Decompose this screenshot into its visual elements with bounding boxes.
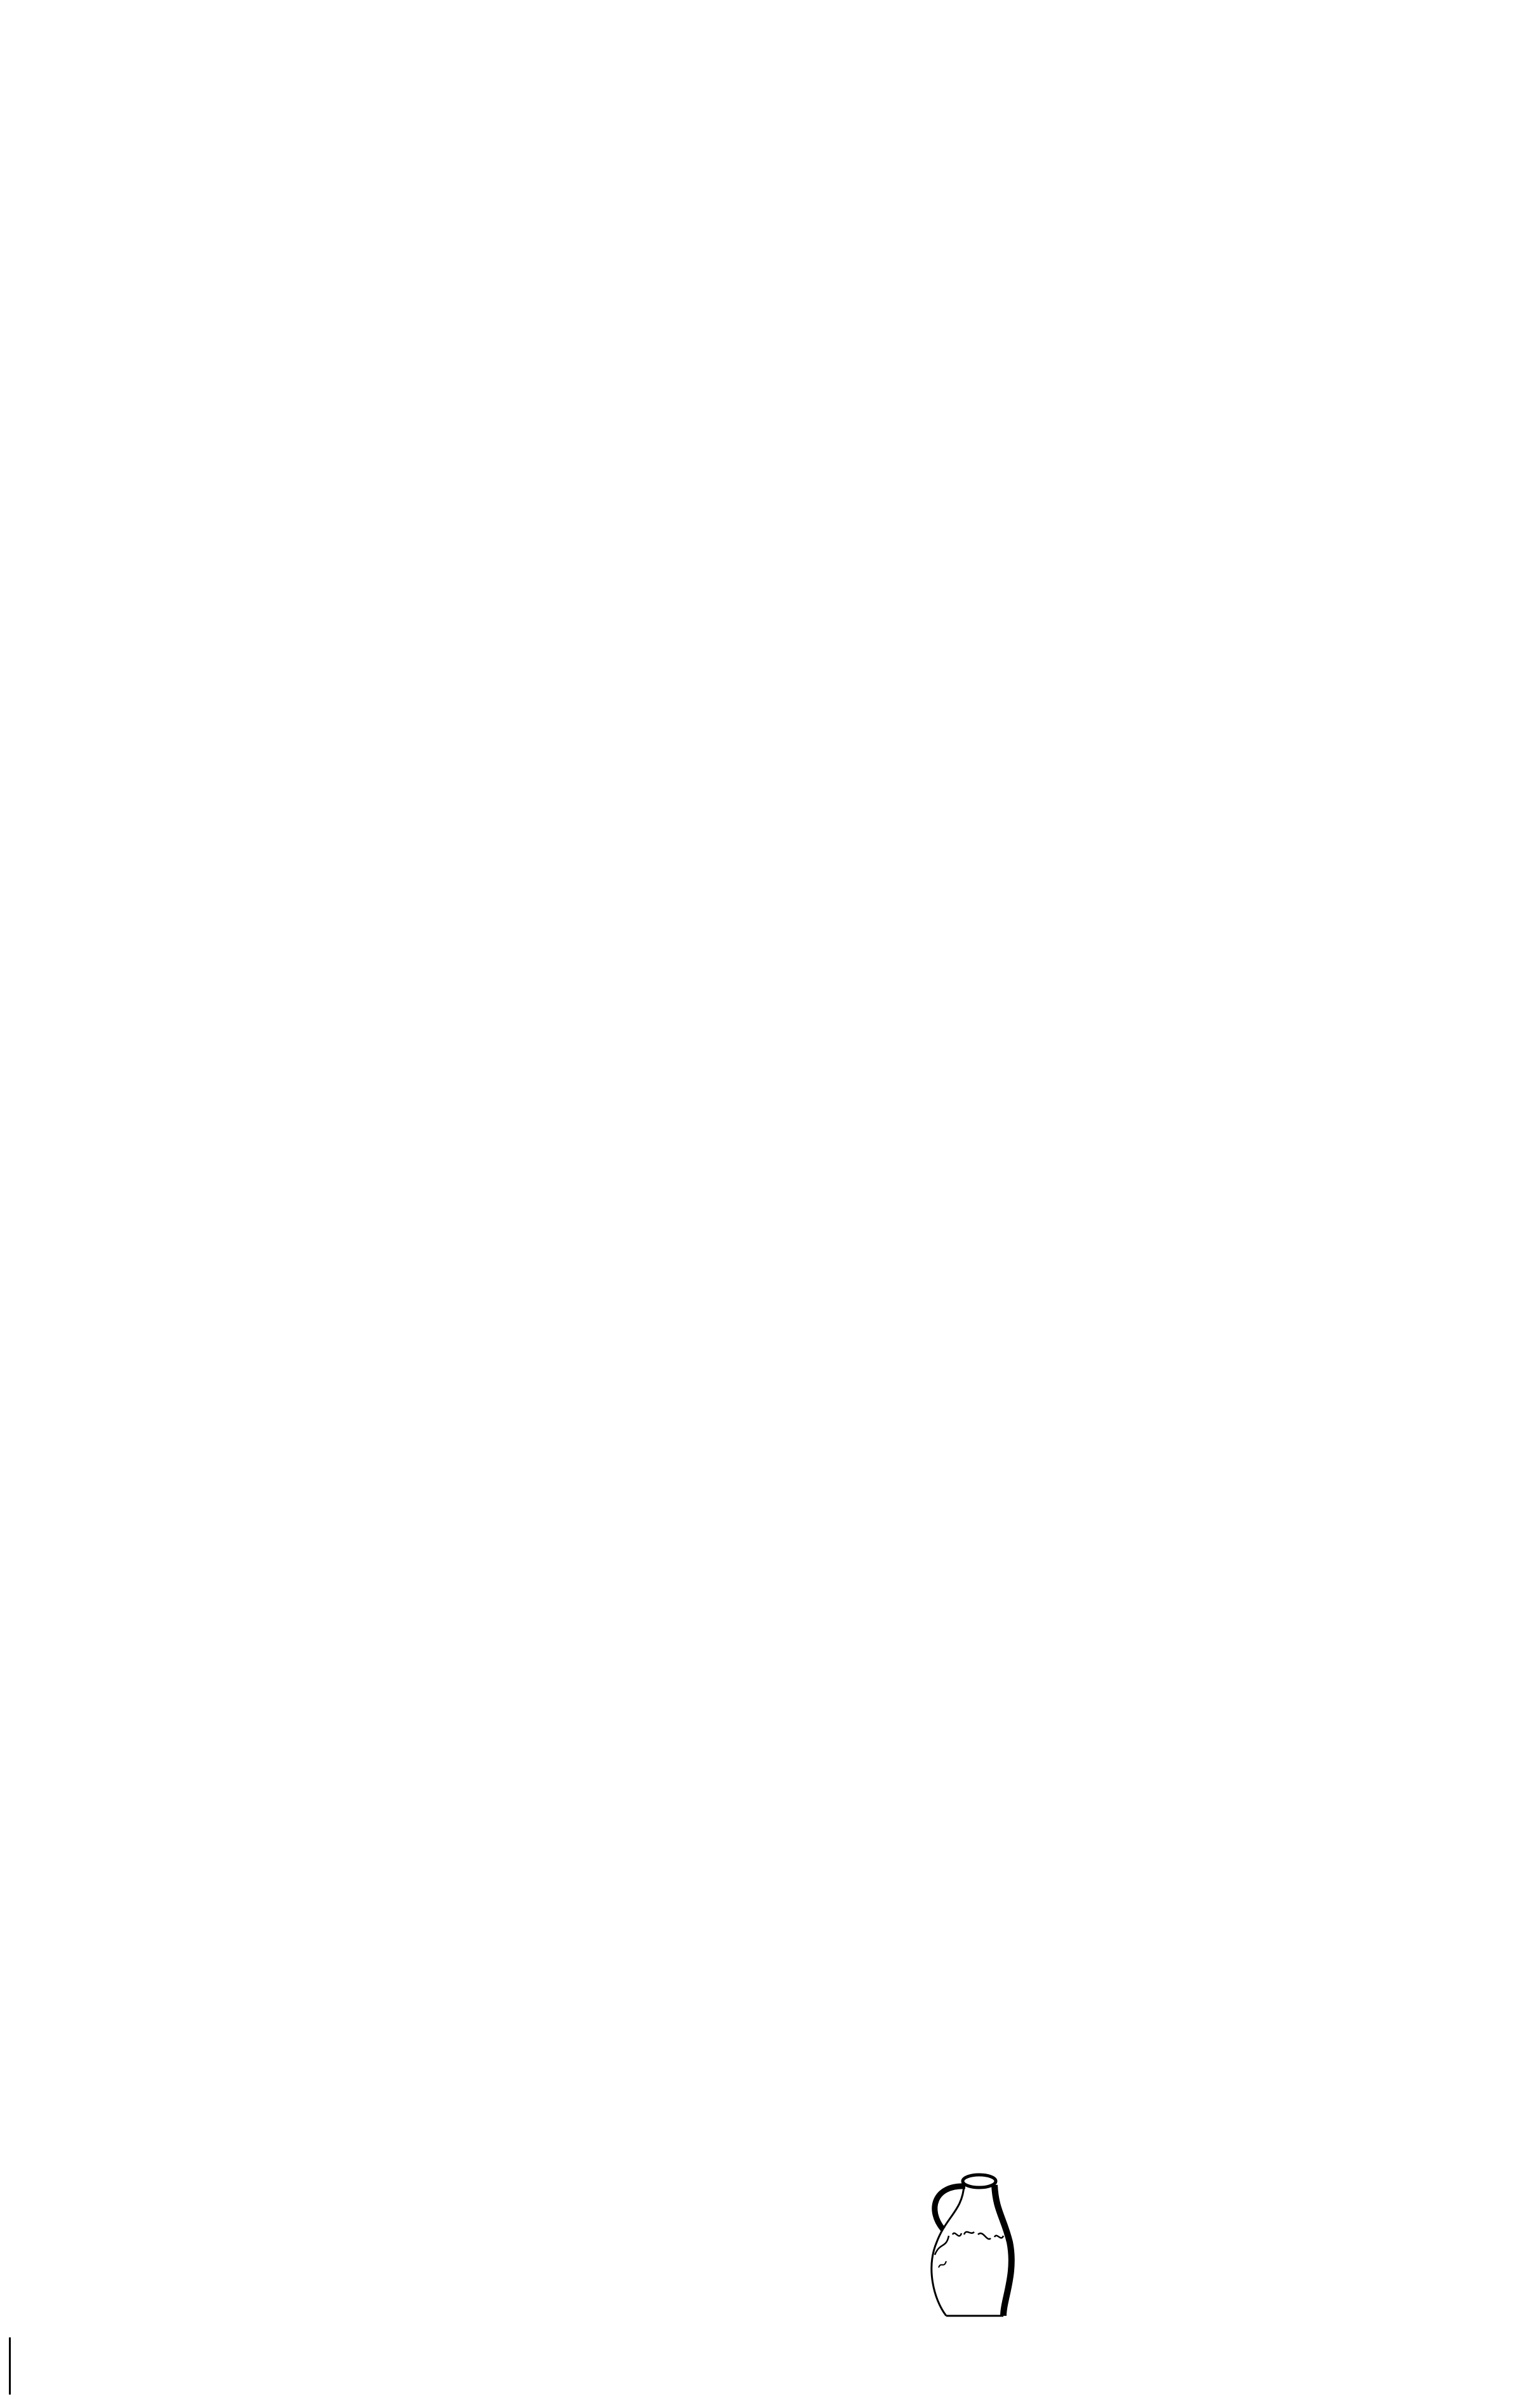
lagoena-jug-icon bbox=[908, 2172, 1016, 2325]
scan-edge-mark bbox=[9, 2337, 11, 2395]
